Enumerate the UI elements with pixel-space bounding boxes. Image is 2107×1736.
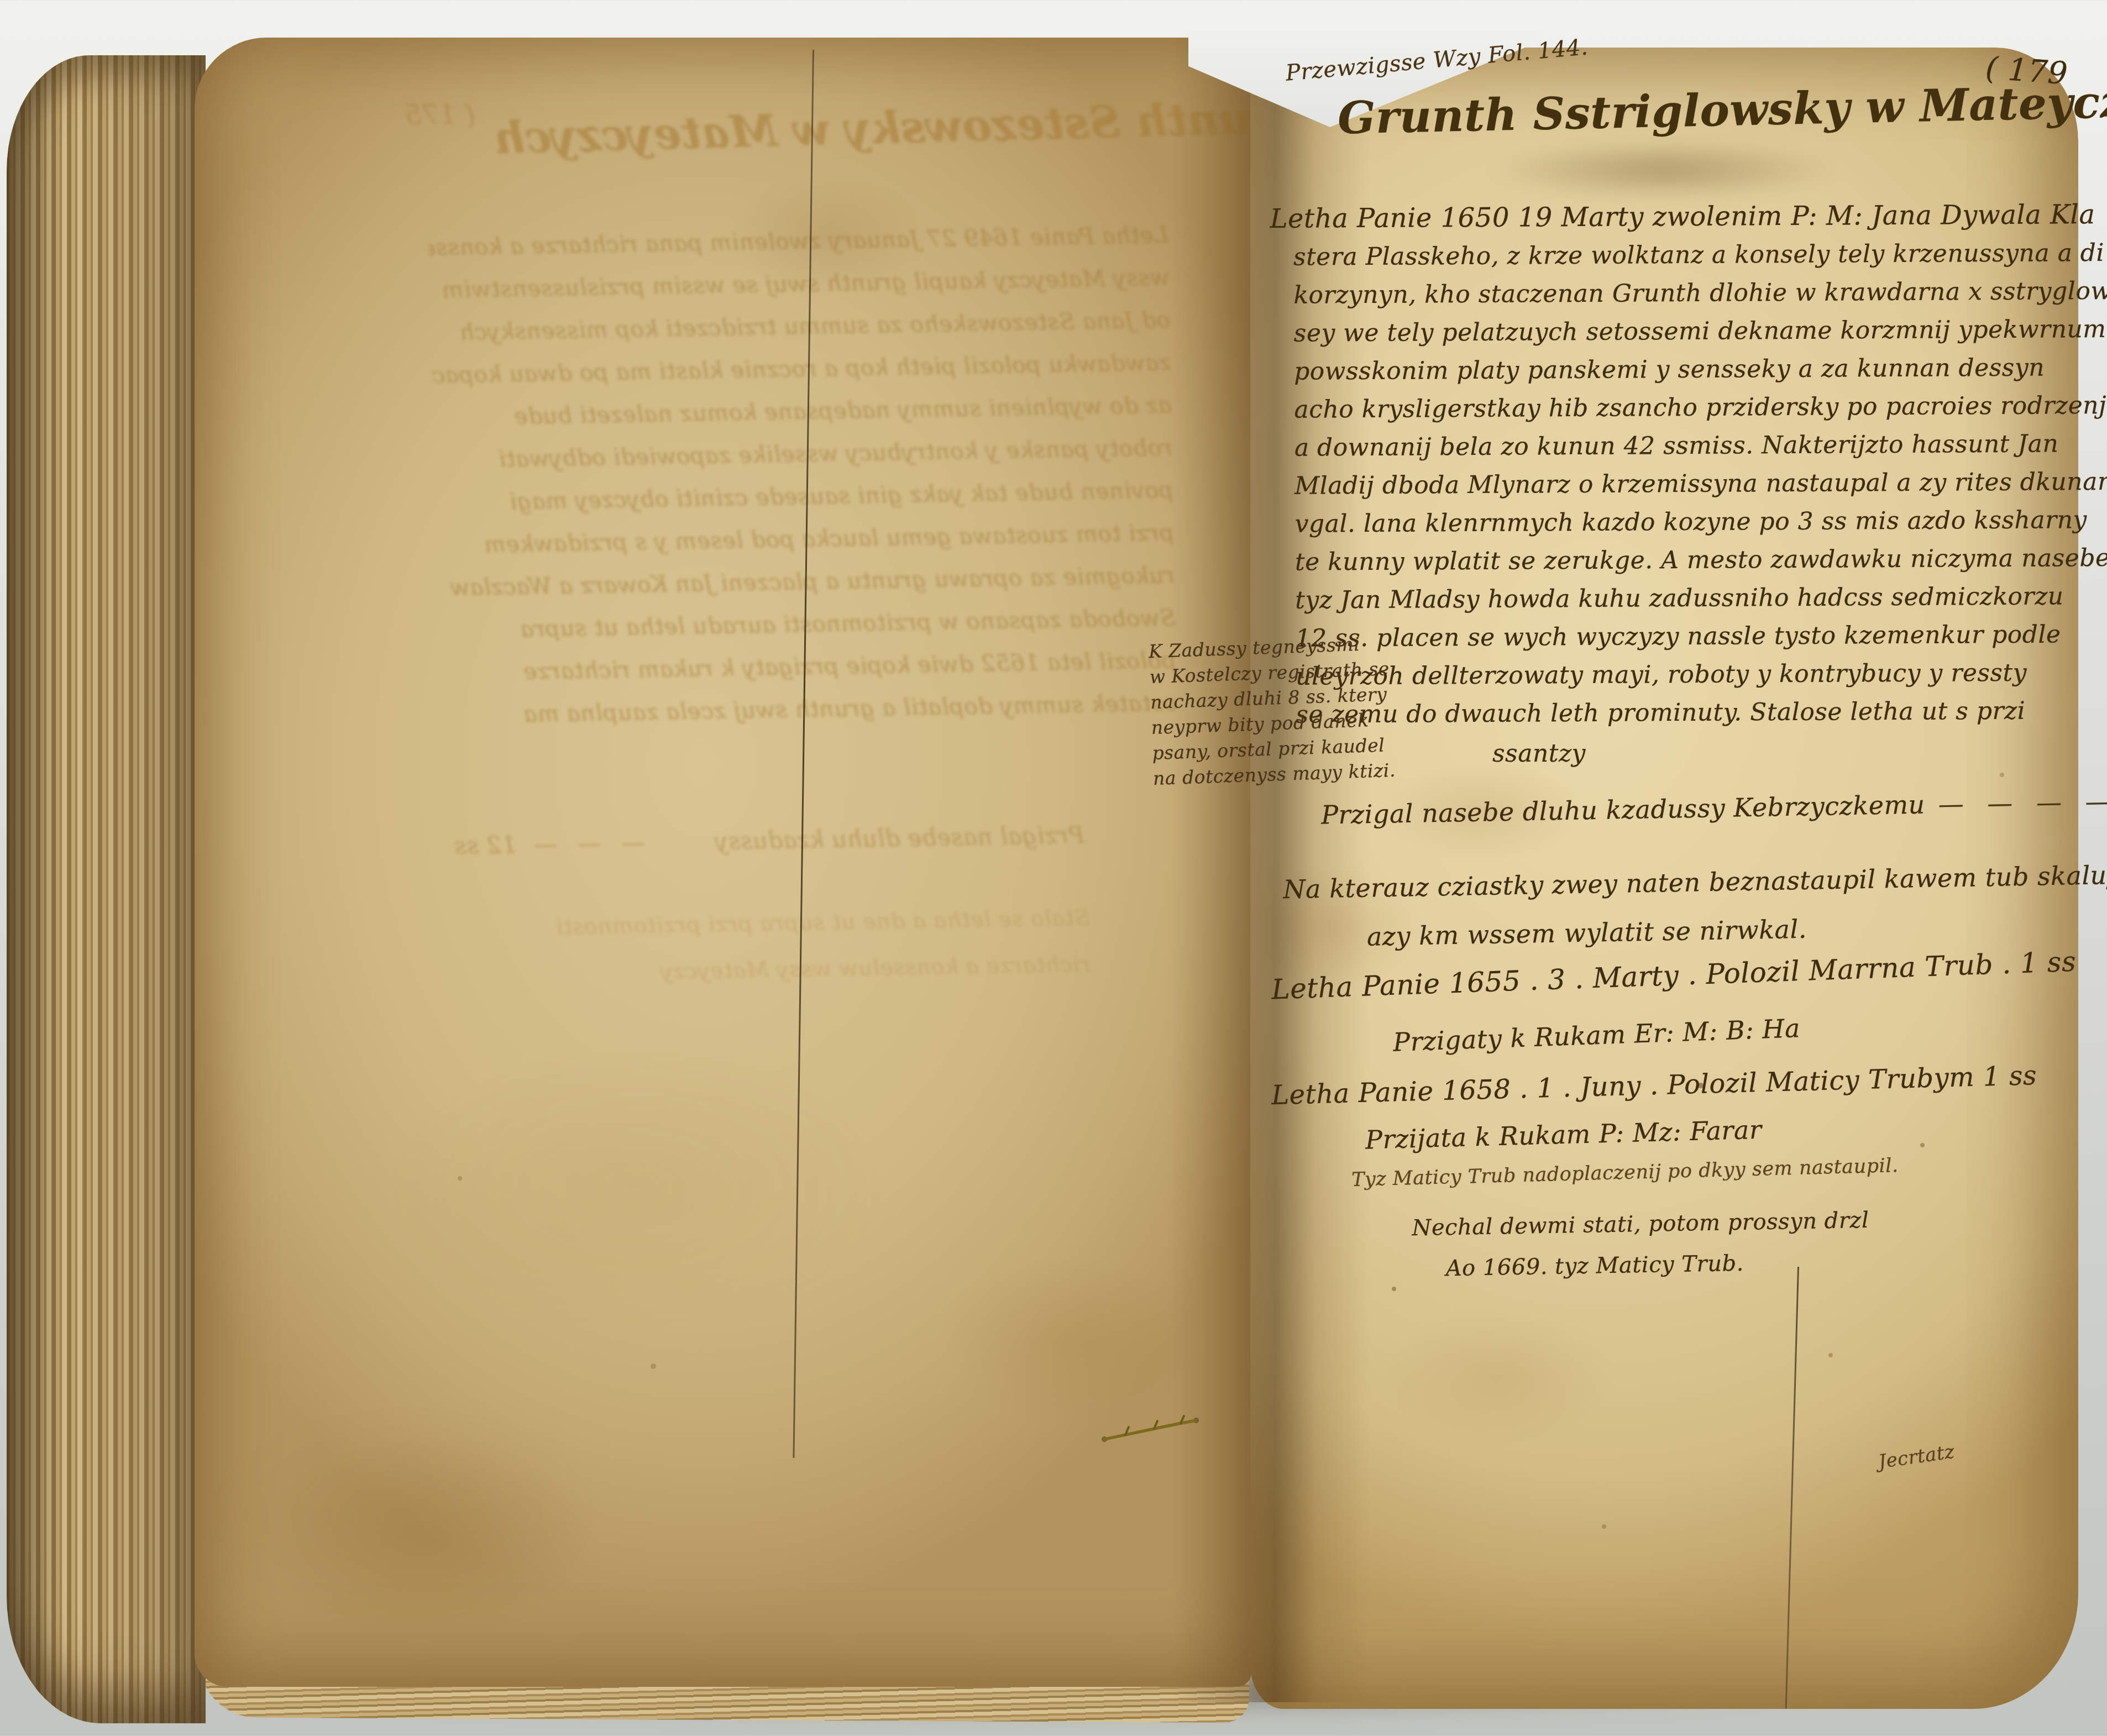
manuscript-line: Nechal dewmi stati, potom prossyn drzl [1412, 1200, 1869, 1249]
ink-smudge [1487, 139, 1841, 200]
manuscript-line: Ao 1669. tyz Maticy Trub. [1445, 1241, 1870, 1289]
manuscript-line: acho krysligerstkay hib zsancho prziders… [1294, 386, 2094, 429]
page-block-fore-edge [7, 55, 206, 1723]
manuscript-line: powsskonim platy panskemi y sensseky a z… [1294, 348, 2094, 391]
paper-stain [387, 1050, 884, 1326]
left-page-bleed-text-block: Letha Panie 1649 27 January zwolenim pan… [428, 213, 1177, 737]
bleed-summary-amount: 12 ss [454, 831, 517, 859]
paper-specks [0, 0, 2, 2]
manuscript-line: sey we tely pelatzuych setossemi dekname… [1294, 310, 2094, 353]
manuscript-line: Mladij dboda Mlynarz o krzemissyna nasta… [1294, 463, 2095, 505]
left-page-bleed-faint-lines: Stalo se letha a dne ut supra przi przit… [481, 894, 1091, 998]
manuscript-line: tyz Jan Mladsy howda kuhu zadussniho had… [1295, 577, 2095, 620]
paragraph-closing-word: ssantzy [1492, 739, 1586, 768]
binding-stitch-thread [1099, 1408, 1209, 1458]
debt-dash-leader: — — — — [1925, 786, 2107, 820]
margin-note: K Zadussy tegneyssmi w Kostelczy registr… [1148, 628, 1474, 791]
manuscript-line: Letha Panie 1650 19 Marty zwolenim P: M:… [1270, 196, 2093, 238]
succession-note: Na kterauz cziastky zwey naten beznastau… [1283, 851, 2107, 963]
bleed-summary-dashes: — — — [516, 828, 715, 858]
manuscript-line: vgal. lana klenrnmych kazdo kozyne po 3 … [1294, 501, 2095, 543]
manuscript-line: korzynyn, kho staczenan Grunth dlohie w … [1293, 272, 2094, 314]
photo-scene: ( 175 Grunth Sstezowsky w Mateyczych Let… [0, 0, 2107, 1736]
paper-stain [210, 1409, 597, 1619]
left-page-bleed-summary-line: Przigal nasebe dluhu kzadussy — — — 12 s… [454, 821, 1085, 859]
manuscript-line: stera Plasskeho, z krze wolktanz a konse… [1293, 234, 2094, 276]
manuscript-line: te kunny wplatit se zerukge. A mesto zaw… [1295, 539, 2095, 581]
manuscript-line: a downanij bela zo kunun 42 ssmiss. Nakt… [1294, 424, 2095, 467]
bleed-summary-text: Przigal nasebe dluhu kzadussy [715, 821, 1085, 855]
left-page-number-bleed: ( 175 [405, 99, 475, 130]
closing-note-1669: Nechal dewmi stati, potom prossyn drzl A… [1412, 1200, 1870, 1289]
